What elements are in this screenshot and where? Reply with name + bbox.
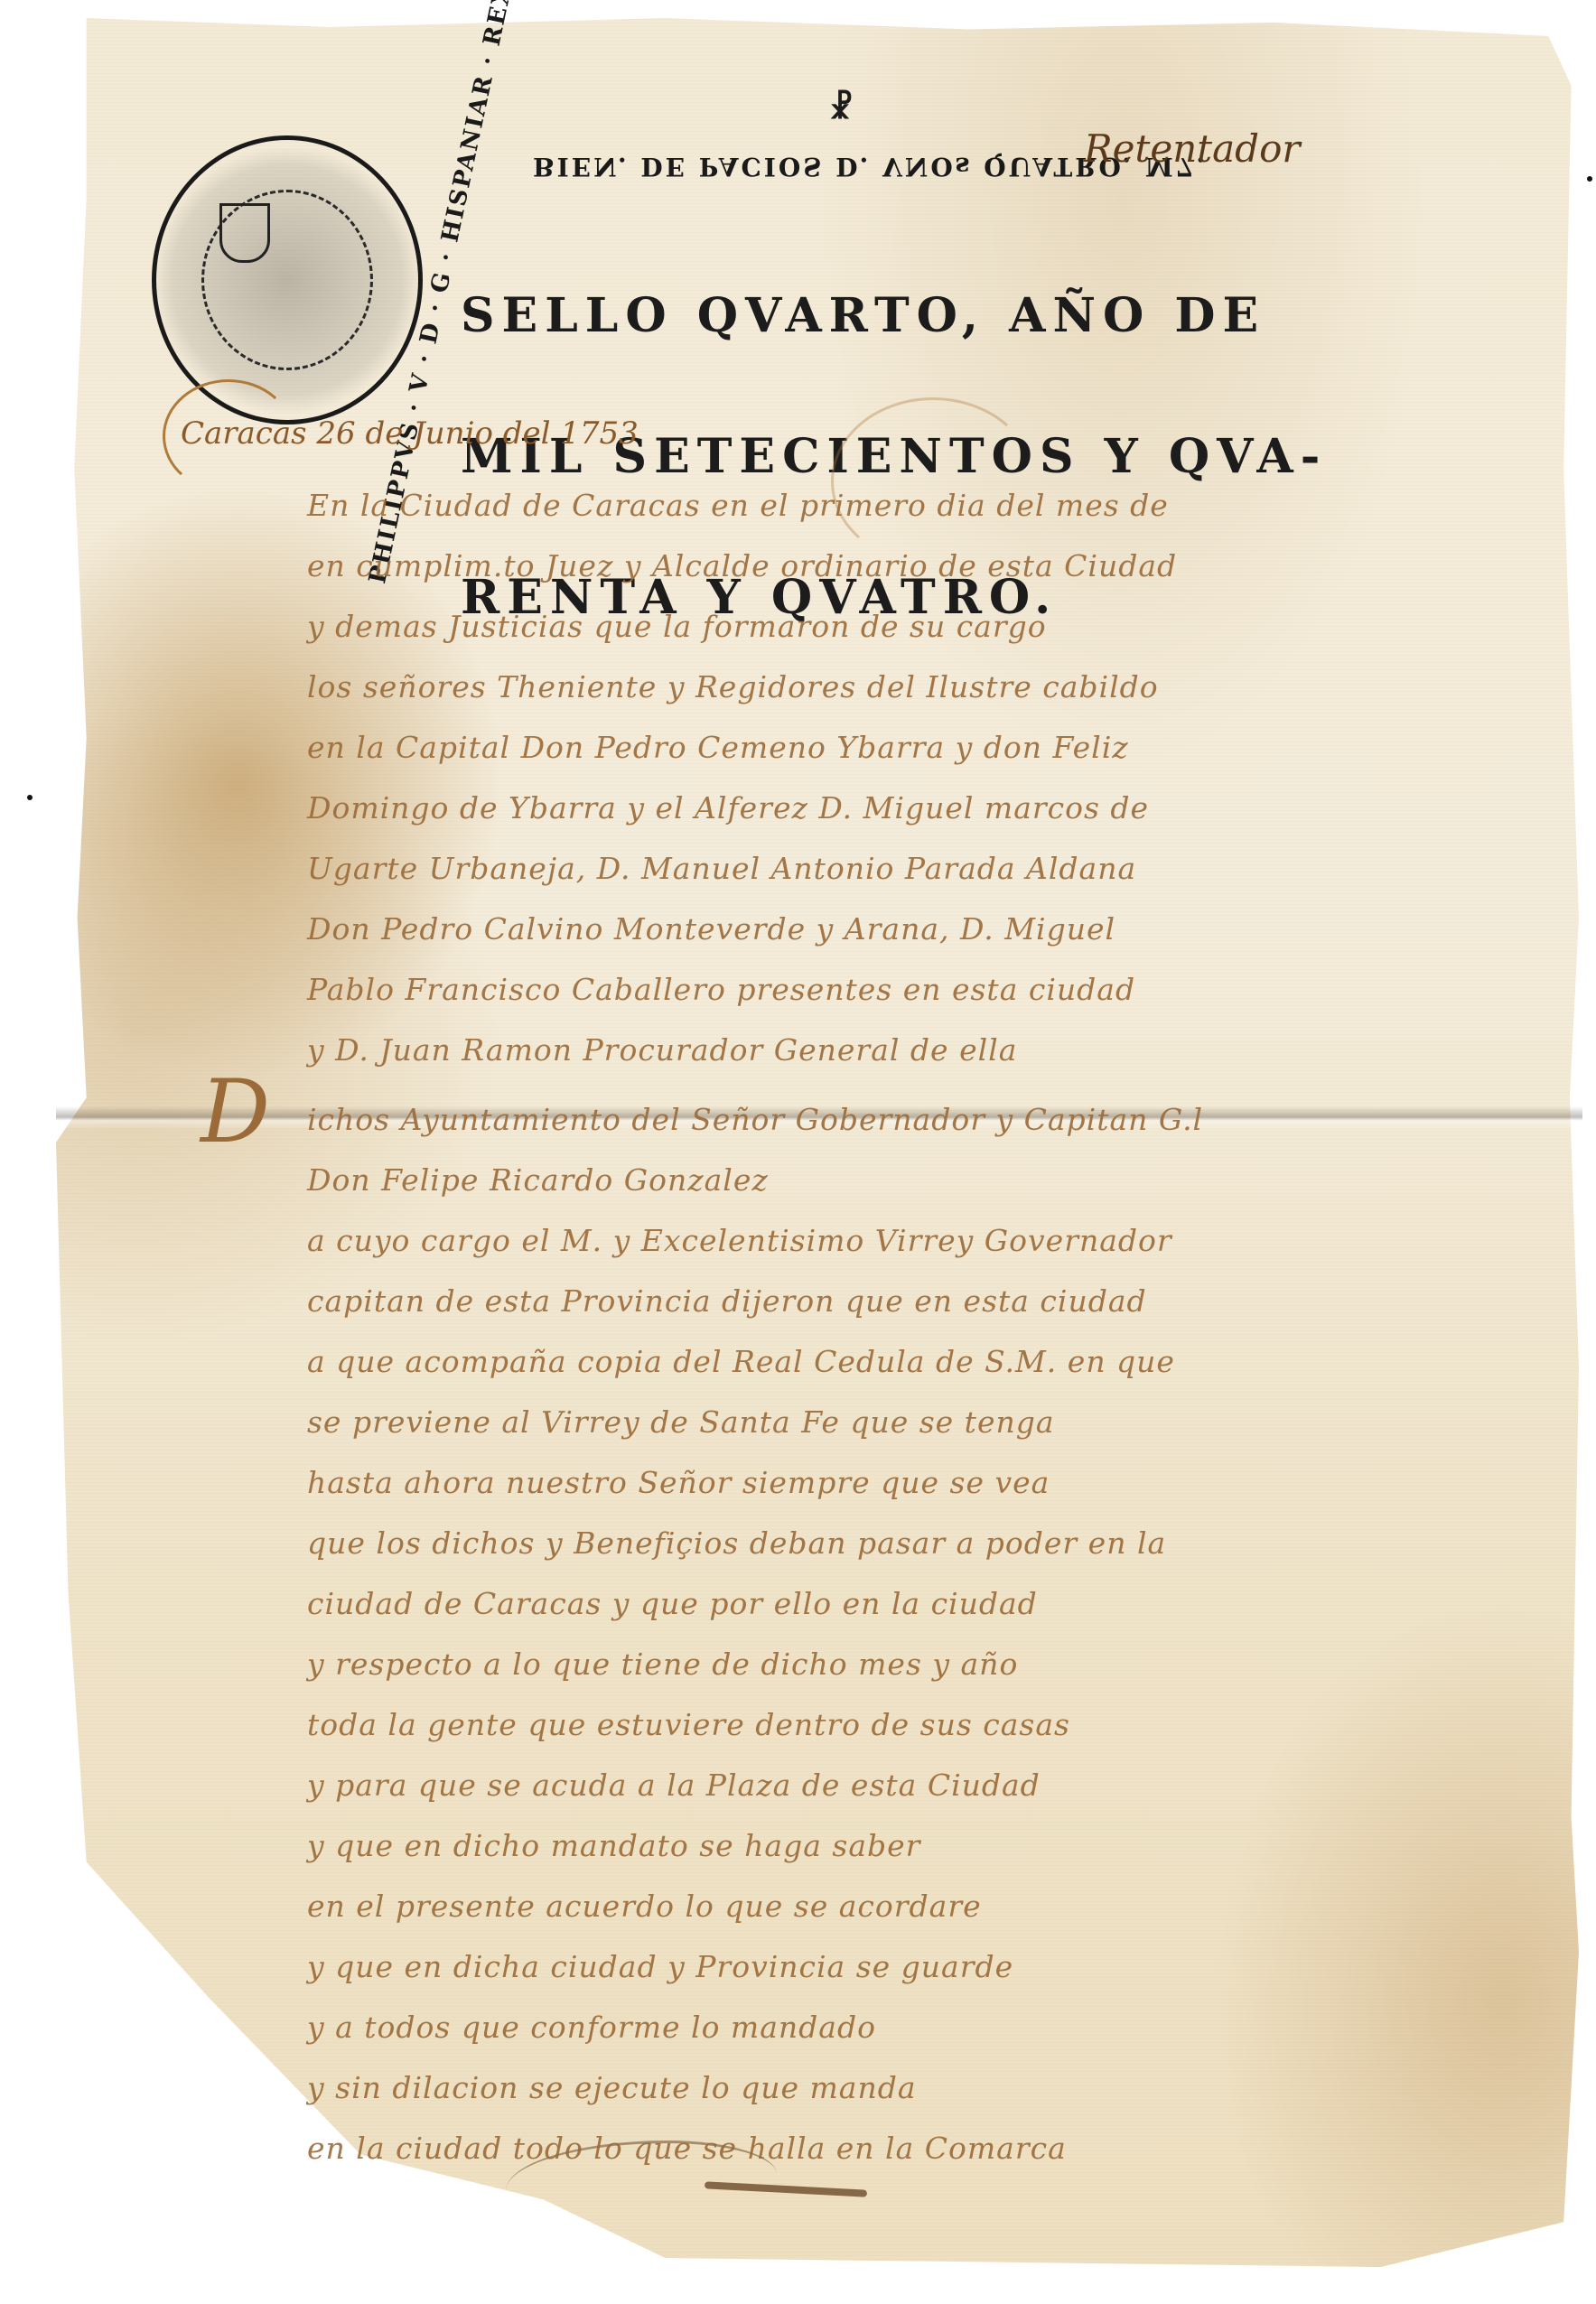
speck [27,795,33,800]
paragraph-1: En la Ciudad de Caracas en el primero di… [307,488,1346,1093]
text-line: en la Capital Don Pedro Cemeno Ybarra y … [307,730,1346,790]
text-line: los señores Theniente y Regidores del Il… [307,669,1346,730]
text-line: en la ciudad todo lo que se halla en la … [307,2131,1346,2191]
text-line: Don Felipe Ricardo Gonzalez [307,1162,1346,1223]
text-line: que los dichos y Benefiçios deban pasar … [307,1525,1346,1586]
text-line: Don Pedro Calvino Monteverde y Arana, D.… [307,911,1346,972]
text-line: En la Ciudad de Caracas en el primero di… [307,488,1346,548]
royal-seal-stamp [152,135,423,424]
text-line: y sin dilacion se ejecute lo que manda [307,2070,1346,2131]
text-line: Ugarte Urbaneja, D. Manuel Antonio Parad… [307,851,1346,911]
margin-annotation: Retentador [1084,126,1300,171]
text-line: Pablo Francisco Caballero presentes en e… [307,972,1346,1032]
text-line: y respecto a lo que tiene de dicho mes y… [307,1646,1346,1707]
text-line: y demas Justicias que la formaron de su … [307,609,1346,669]
text-line: y que en dicha ciudad y Provincia se gua… [307,1949,1346,2010]
text-line: ciudad de Caracas y que por ello en la c… [307,1586,1346,1646]
text-line: y D. Juan Ramon Procurador General de el… [307,1032,1346,1093]
chi-rho-mark-icon: ☧ [829,90,854,126]
text-line: Domingo de Ybarra y el Alferez D. Miguel… [307,790,1346,851]
paragraph-2-initial: D [201,1061,270,1162]
text-line: ichos Ayuntamiento del Señor Gobernador … [307,1102,1346,1162]
text-line: en el presente acuerdo lo que se acordar… [307,1889,1346,1949]
date-heading: Caracas 26 de Junio del 1753 [181,415,639,452]
text-line: hasta ahora nuestro Señor siempre que se… [307,1465,1346,1525]
text-line: en cumplim.to Juez y Alcalde ordinario d… [307,548,1346,609]
text-line: se previene al Virrey de Santa Fe que se… [307,1404,1346,1465]
stamp-title-line-1: SELLO QVARTO, AÑO DE [461,293,1327,340]
text-line: toda la gente que estuviere dentro de su… [307,1707,1346,1768]
text-line: a que acompaña copia del Real Cedula de … [307,1344,1346,1404]
paragraph-2: ichos Ayuntamiento del Señor Gobernador … [307,1165,1346,2191]
text-line: y para que se acuda a la Plaza de esta C… [307,1768,1346,1828]
text-line: a cuyo cargo el M. y Excelentisimo Virre… [307,1223,1346,1283]
coat-of-arms-icon [219,203,270,263]
text-line: y que en dicho mandato se haga saber [307,1828,1346,1889]
speck [1587,176,1592,182]
text-line: capitan de esta Provincia dijeron que en… [307,1283,1346,1344]
text-line: y a todos que conforme lo mandado [307,2010,1346,2070]
